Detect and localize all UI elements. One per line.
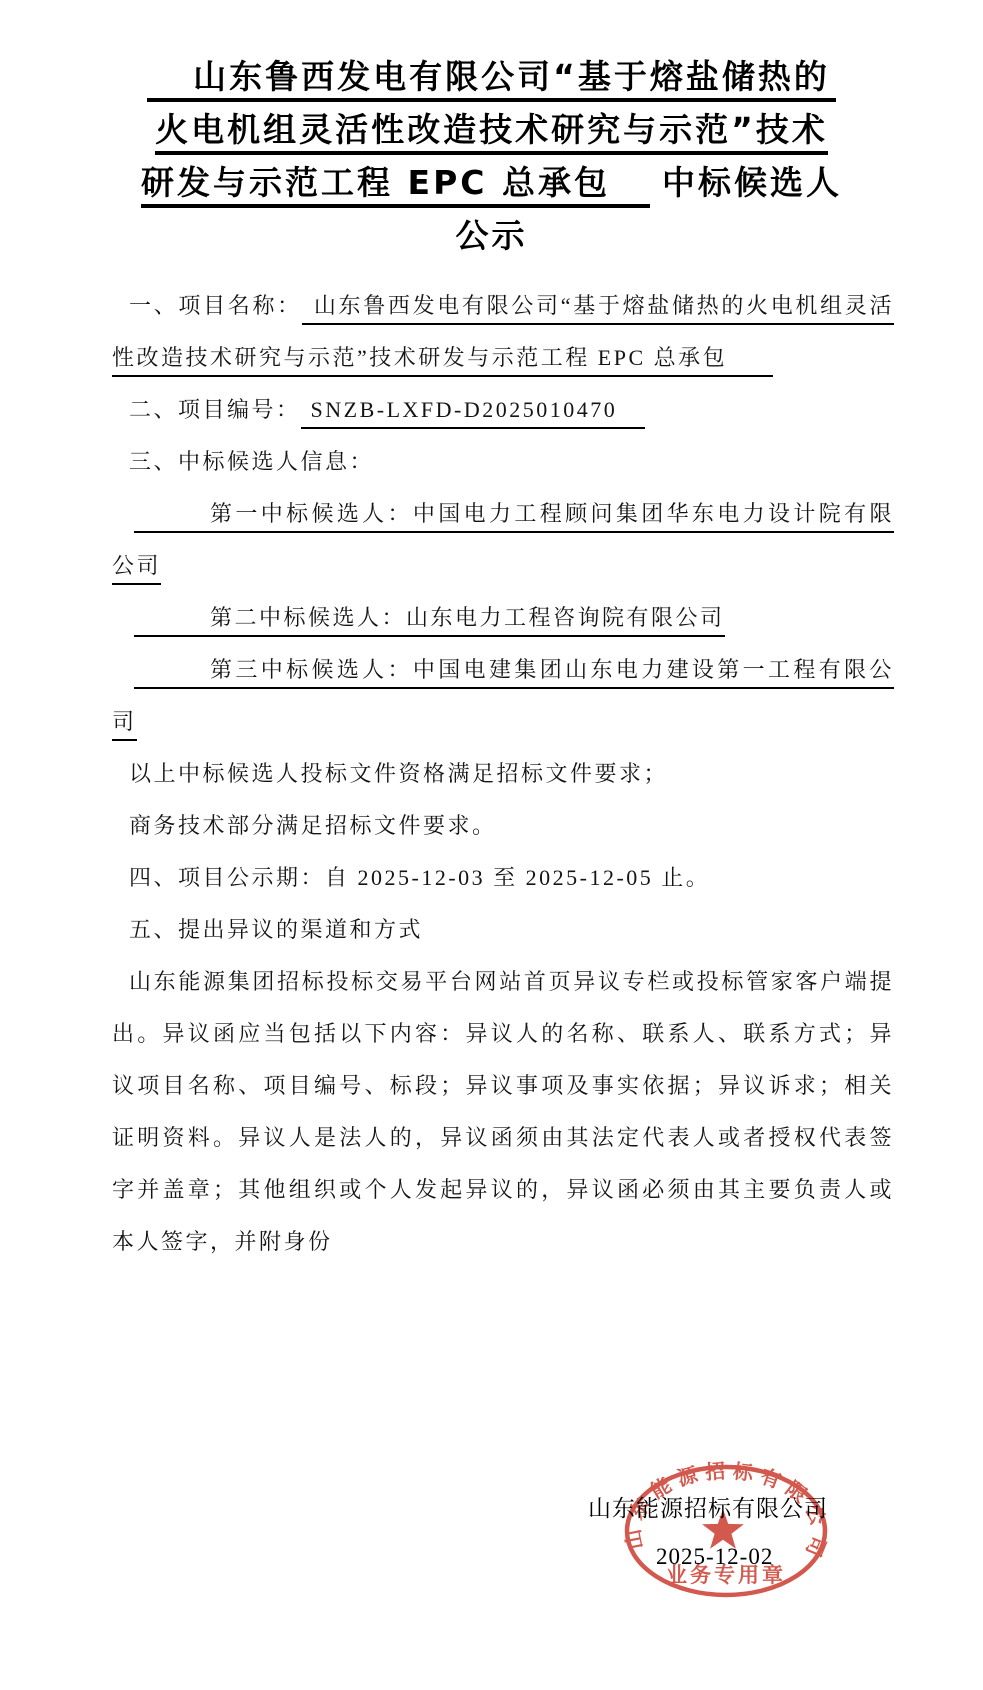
title-line-1: 山东鲁西发电有限公司“基于熔盐储热的 [82,50,902,103]
candidate-2-label: 第二中标候选人： [210,605,406,630]
company-seal: 山东能源招标有限公司 业务专用章 [620,1460,832,1606]
title-line-3-underline: 研发与示范工程 EPC 总承包 [141,163,650,208]
title-line-3-suffix: 中标候选人 [662,163,842,202]
candidate-2-underline: 第二中标候选人：山东电力工程咨询院有限公司 [134,605,725,637]
title-line-2-underline: 火电机组灵活性改造技术研究与示范”技术 [155,110,828,155]
title-line-3: 研发与示范工程 EPC 总承包中标候选人 [82,156,902,209]
seal-arc-text: 山东能源招标有限公司 [620,1460,831,1561]
title-line-4: 公示 [82,209,902,262]
objection-paragraph: 山东能源集团招标投标交易平台网站首页异议专栏或投标管家客户端提出。异议函应当包括… [112,956,894,1268]
candidate-3-underline: 第三中标候选人：中国电建集团山东电力建设第一工程有限公司 [112,657,894,741]
candidate-1-label: 第一中标候选人： [210,501,413,526]
project-name-label: 一、项目名称： [129,293,302,318]
project-number-paragraph: 二、项目编号：SNZB-LXFD-D2025010470 [112,384,894,436]
candidate-1-underline: 第一中标候选人：中国电力工程顾问集团华东电力设计院有限公司 [112,501,894,585]
svg-text:山东能源招标有限公司: 山东能源招标有限公司 [620,1460,831,1561]
candidate-2-row: 第二中标候选人：山东电力工程咨询院有限公司 [112,592,894,644]
business-technical-note: 商务技术部分满足招标文件要求。 [112,800,894,852]
publicity-period-paragraph: 四、项目公示期：自 2025-12-03 至 2025-12-05 止。 [112,852,894,904]
candidate-1-row: 第一中标候选人：中国电力工程顾问集团华东电力设计院有限公司 [112,488,894,592]
candidate-2-value: 山东电力工程咨询院有限公司 [406,605,725,630]
document-page: 山东鲁西发电有限公司“基于熔盐储热的 火电机组灵活性改造技术研究与示范”技术 研… [0,0,983,1690]
project-name-paragraph: 一、项目名称：山东鲁西发电有限公司“基于熔盐储热的火电机组灵活性改造技术研究与示… [112,280,894,384]
title-line-2: 火电机组灵活性改造技术研究与示范”技术 [82,103,902,156]
announcement-title: 山东鲁西发电有限公司“基于熔盐储热的 火电机组灵活性改造技术研究与示范”技术 研… [82,50,902,262]
candidate-3-label: 第三中标候选人： [210,657,413,682]
candidate-3-row: 第三中标候选人：中国电建集团山东电力建设第一工程有限公司 [112,644,894,748]
qualification-note: 以上中标候选人投标文件资格满足招标文件要求； [112,748,894,800]
title-line-1-underline: 山东鲁西发电有限公司“基于熔盐储热的 [147,57,836,102]
project-number-label: 二、项目编号： [129,397,301,422]
project-number-value: SNZB-LXFD-D2025010470 [301,397,646,429]
objection-heading: 五、提出异议的渠道和方式 [112,904,894,956]
announcement-body: 一、项目名称：山东鲁西发电有限公司“基于熔盐储热的火电机组灵活性改造技术研究与示… [112,280,894,1268]
candidates-heading: 三、中标候选人信息： [112,436,894,488]
seal-bottom-text: 业务专用章 [666,1563,786,1587]
seal-star-icon [702,1509,744,1549]
